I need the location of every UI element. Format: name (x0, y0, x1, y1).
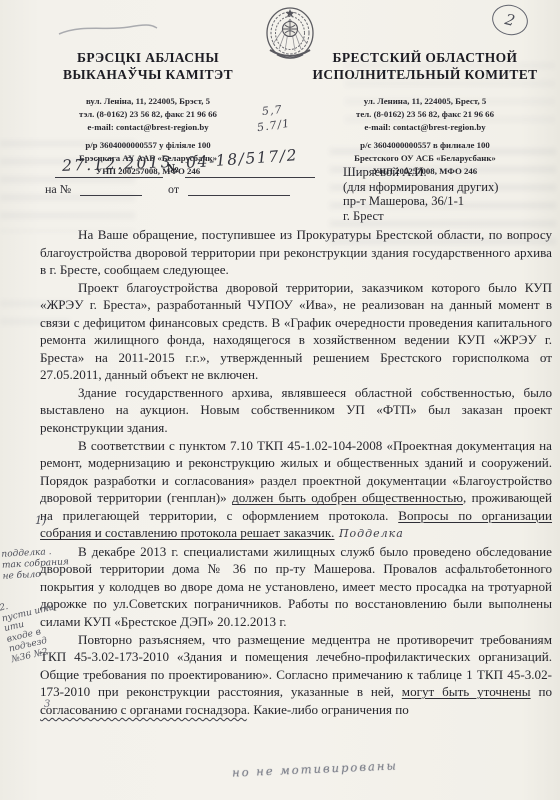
margin-mark-1: 1) (35, 514, 46, 527)
reply-number-blank-line (80, 195, 142, 196)
paragraph-1: На Ваше обращение, поступившее из Прокур… (40, 226, 552, 279)
paragraph-2: Проект благоустройства дворовой территор… (40, 279, 552, 384)
number-sign: № (167, 161, 179, 176)
addressee-name: Ширяевой А.И. (343, 165, 498, 180)
handwritten-date: 27.12.2013 (62, 153, 173, 175)
paragraph-5: В декабре 2013 г. специалистами жилищных… (40, 543, 552, 631)
paragraph-4: В соответствии с пунктом 7.10 ТКП 45-1.0… (40, 437, 552, 543)
address-line: e-mail: contact@brest-region.by (298, 121, 552, 134)
addressee-note: (для нформирования других) (343, 180, 498, 195)
org-title-line: ИСПОЛНИТЕЛЬНЫЙ КОМИТЕТ (298, 67, 552, 84)
handwritten-footer-note: но не мотивированы (232, 758, 398, 779)
address-line: р/с 3604000000557 в филиале 100 (298, 139, 552, 152)
paragraph-3: Здание государственного архива, являвшее… (40, 384, 552, 437)
address-line: ул. Ленина, 11, 224005, Брест, 5 (298, 95, 552, 108)
reply-from-label: от (168, 182, 179, 197)
date-blank-line (55, 177, 163, 178)
margin-note-poddelka: подделка . так собрания не было (1, 546, 70, 582)
wavy-underlined-phrase: согласованию с органами госнадзора (40, 702, 247, 717)
org-title-ru: БРЕСТСКИЙ ОБЛАСТНОЙ ИСПОЛНИТЕЛЬНЫЙ КОМИТ… (298, 50, 552, 83)
address-line: вул. Леніна, 11, 224005, Брэст, 5 (26, 95, 270, 108)
addressee-city: г. Брест (343, 209, 498, 224)
paragraph-6-text: . Какие-либо ограничения по (247, 702, 409, 717)
underlined-phrase: могут быть уточнены (402, 684, 531, 699)
letter-body: На Ваше обращение, поступившее из Прокур… (40, 226, 552, 718)
addressee-block: Ширяевой А.И. (для нформирования других)… (343, 165, 498, 223)
address-line: e-mail: contact@brest-region.by (26, 121, 270, 134)
page-number: 2 (503, 10, 517, 30)
pen-squiggle-mark (55, 18, 160, 40)
margin-mark-3: 3 (44, 699, 50, 710)
reply-to-label: на № (45, 182, 71, 197)
underlined-phrase: должен быть одобрен общественностью (232, 490, 463, 505)
address-line: тэл. (8-0162) 23 56 82, факс 21 96 66 (26, 108, 270, 121)
paragraph-6-text: по (531, 684, 552, 699)
paragraph-6: Повторно разъясняем, что размещение медц… (40, 631, 552, 719)
reply-date-blank-line (188, 195, 290, 196)
handwritten-inline-note: Подделка (334, 527, 403, 540)
number-blank-line (185, 177, 315, 178)
address-line: Брестского ОУ АСБ «Беларусбанк» (298, 152, 552, 165)
org-title-line: БРЕСТСКИЙ ОБЛАСТНОЙ (298, 50, 552, 67)
handwritten-bank-note: 5,7 (261, 103, 283, 118)
header-russian: БРЕСТСКИЙ ОБЛАСТНОЙ ИСПОЛНИТЕЛЬНЫЙ КОМИТ… (298, 50, 552, 178)
org-title-line: БРЭСЦКІ АБЛАСНЫ (26, 50, 270, 67)
page-number-circle: 2 (489, 1, 531, 39)
org-title-by: БРЭСЦКІ АБЛАСНЫ ВЫКАНАЎЧЫ КАМІТЭТ (26, 50, 270, 83)
address-line: тел. (8-0162) 23 56 82, факс 21 96 66 (298, 108, 552, 121)
org-title-line: ВЫКАНАЎЧЫ КАМІТЭТ (26, 67, 270, 84)
addressee-street: пр-т Машерова, 36/1-1 (343, 194, 498, 209)
